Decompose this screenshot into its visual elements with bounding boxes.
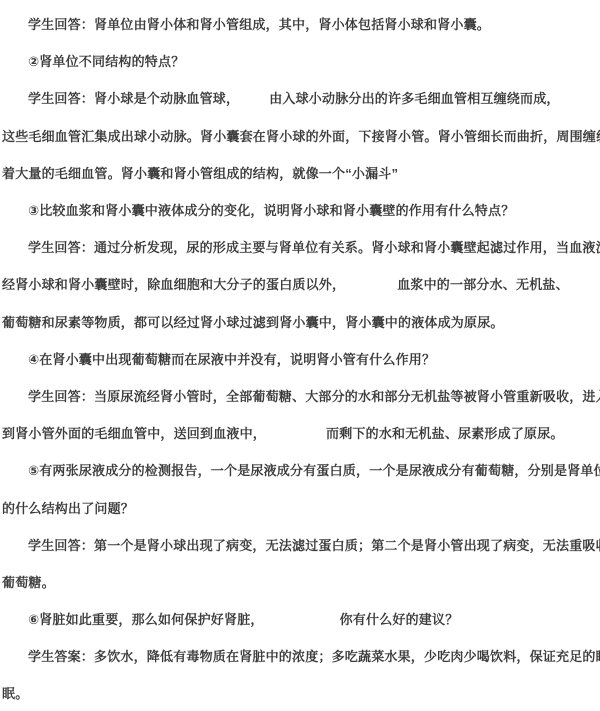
text-segment: 学生回答：通过分析发现，尿的形成主要与肾单位有关系。肾小球和肾小囊壁起滤过作用，…: [28, 241, 600, 254]
text-segment: ⑥肾脏如此重要，那么如何保护好肾脏，: [28, 613, 264, 626]
text-segment: 经肾小球和肾小囊壁时，除血细胞和大分子的蛋白质以外，: [2, 278, 345, 291]
text-line-10: ④在肾小囊中出现葡萄糖而在尿液中并没有，说明肾小管有什么作用？: [0, 341, 600, 378]
text-segment: 葡萄糖。: [2, 576, 55, 589]
text-segment: ⑤有两张尿液成分的检测报告，一个是尿液成分有蛋白质，一个是尿液成分有葡萄糖，分别…: [28, 464, 600, 477]
text-segment: 眠。: [2, 687, 28, 700]
text-segment: 这些毛细血管汇集成出球小动脉。肾小囊套在肾小球的外面，下接肾小管。肾小管细长而曲…: [2, 130, 600, 143]
text-segment: ②肾单位不同结构的特点？: [28, 55, 184, 68]
text-segment: 的什么结构出了问题？: [2, 502, 134, 515]
text-segment: 着大量的毛细血管。肾小囊和肾小管组成的结构，就像一个“小漏斗”: [2, 167, 398, 180]
text-line-9: 葡萄糖和尿素等物质，都可以经过肾小球过滤到肾小囊中，肾小囊中的液体成为原尿。: [0, 304, 600, 341]
text-segment: 学生回答：肾单位由肾小体和肾小管组成，其中，肾小体包括肾小球和肾小囊。: [28, 18, 490, 31]
text-segment: 学生回答：当原尿流经肾小管时，全部葡萄糖、大部分的水和部分无机盐等被肾小管重新吸…: [28, 390, 600, 403]
text-line-11: 学生回答：当原尿流经肾小管时，全部葡萄糖、大部分的水和部分无机盐等被肾小管重新吸…: [0, 378, 600, 415]
text-line-3: 学生回答：肾小球是个动脉血管球，由入球小动脉分出的许多毛细血管相互缠绕而成，: [0, 80, 600, 117]
document-text: 学生回答：肾单位由肾小体和肾小管组成，其中，肾小体包括肾小球和肾小囊。②肾单位不…: [0, 6, 600, 711]
text-line-8: 经肾小球和肾小囊壁时，除血细胞和大分子的蛋白质以外，血浆中的一部分水、无机盐、: [0, 266, 600, 303]
text-segment: ③比较血浆和肾小囊中液体成分的变化，说明肾小球和肾小囊壁的作用有什么特点？: [28, 204, 514, 217]
text-line-1: 学生回答：肾单位由肾小体和肾小管组成，其中，肾小体包括肾小球和肾小囊。: [0, 6, 600, 43]
text-segment: 学生回答：第一个是肾小球出现了病变，无法滤过蛋白质；第二个是肾小管出现了病变，无…: [28, 539, 600, 552]
text-line-4: 这些毛细血管汇集成出球小动脉。肾小囊套在肾小球的外面，下接肾小管。肾小管细长而曲…: [0, 118, 600, 155]
text-line-15: 学生回答：第一个是肾小球出现了病变，无法滤过蛋白质；第二个是肾小管出现了病变，无…: [0, 527, 600, 564]
text-segment: 到肾小管外面的毛细血管中，送回到血液中，: [2, 427, 266, 440]
text-line-19: 眠。: [0, 675, 600, 711]
text-line-14: 的什么结构出了问题？: [0, 489, 600, 526]
text-line-17: ⑥肾脏如此重要，那么如何保护好肾脏，你有什么好的建议？: [0, 601, 600, 638]
text-line-7: 学生回答：通过分析发现，尿的形成主要与肾单位有关系。肾小球和肾小囊壁起滤过作用，…: [0, 229, 600, 266]
text-line-6: ③比较血浆和肾小囊中液体成分的变化，说明肾小球和肾小囊壁的作用有什么特点？: [0, 192, 600, 229]
text-segment: ④在肾小囊中出现葡萄糖而在尿液中并没有，说明肾小管有什么作用？: [28, 353, 435, 366]
text-segment: 由入球小动脉分出的许多毛细血管相互缠绕而成，: [269, 92, 559, 105]
text-segment: 葡萄糖和尿素等物质，都可以经过肾小球过滤到肾小囊中，肾小囊中的液体成为原尿。: [2, 316, 504, 329]
text-segment: 学生答案：多饮水，降低有毒物质在肾脏中的浓度；多吃蔬菜水果，少吃肉少喝饮料，保证…: [28, 650, 600, 663]
text-segment: 血浆中的一部分水、无机盐、: [397, 278, 569, 291]
text-line-18: 学生答案：多饮水，降低有毒物质在肾脏中的浓度；多吃蔬菜水果，少吃肉少喝饮料，保证…: [0, 638, 600, 675]
text-segment: 而剩下的水和无机盐、尿素形成了原尿。: [326, 427, 564, 440]
text-line-5: 着大量的毛细血管。肾小囊和肾小管组成的结构，就像一个“小漏斗”: [0, 155, 600, 192]
text-line-2: ②肾单位不同结构的特点？: [0, 43, 600, 80]
text-line-12: 到肾小管外面的毛细血管中，送回到血液中，而剩下的水和无机盐、尿素形成了原尿。: [0, 415, 600, 452]
text-segment: 你有什么好的建议？: [340, 613, 459, 626]
text-line-13: ⑤有两张尿液成分的检测报告，一个是尿液成分有蛋白质，一个是尿液成分有葡萄糖，分别…: [0, 452, 600, 489]
document-page: 学生回答：肾单位由肾小体和肾小管组成，其中，肾小体包括肾小球和肾小囊。②肾单位不…: [0, 0, 600, 711]
text-line-16: 葡萄糖。: [0, 564, 600, 601]
text-segment: 学生回答：肾小球是个动脉血管球，: [28, 92, 239, 105]
